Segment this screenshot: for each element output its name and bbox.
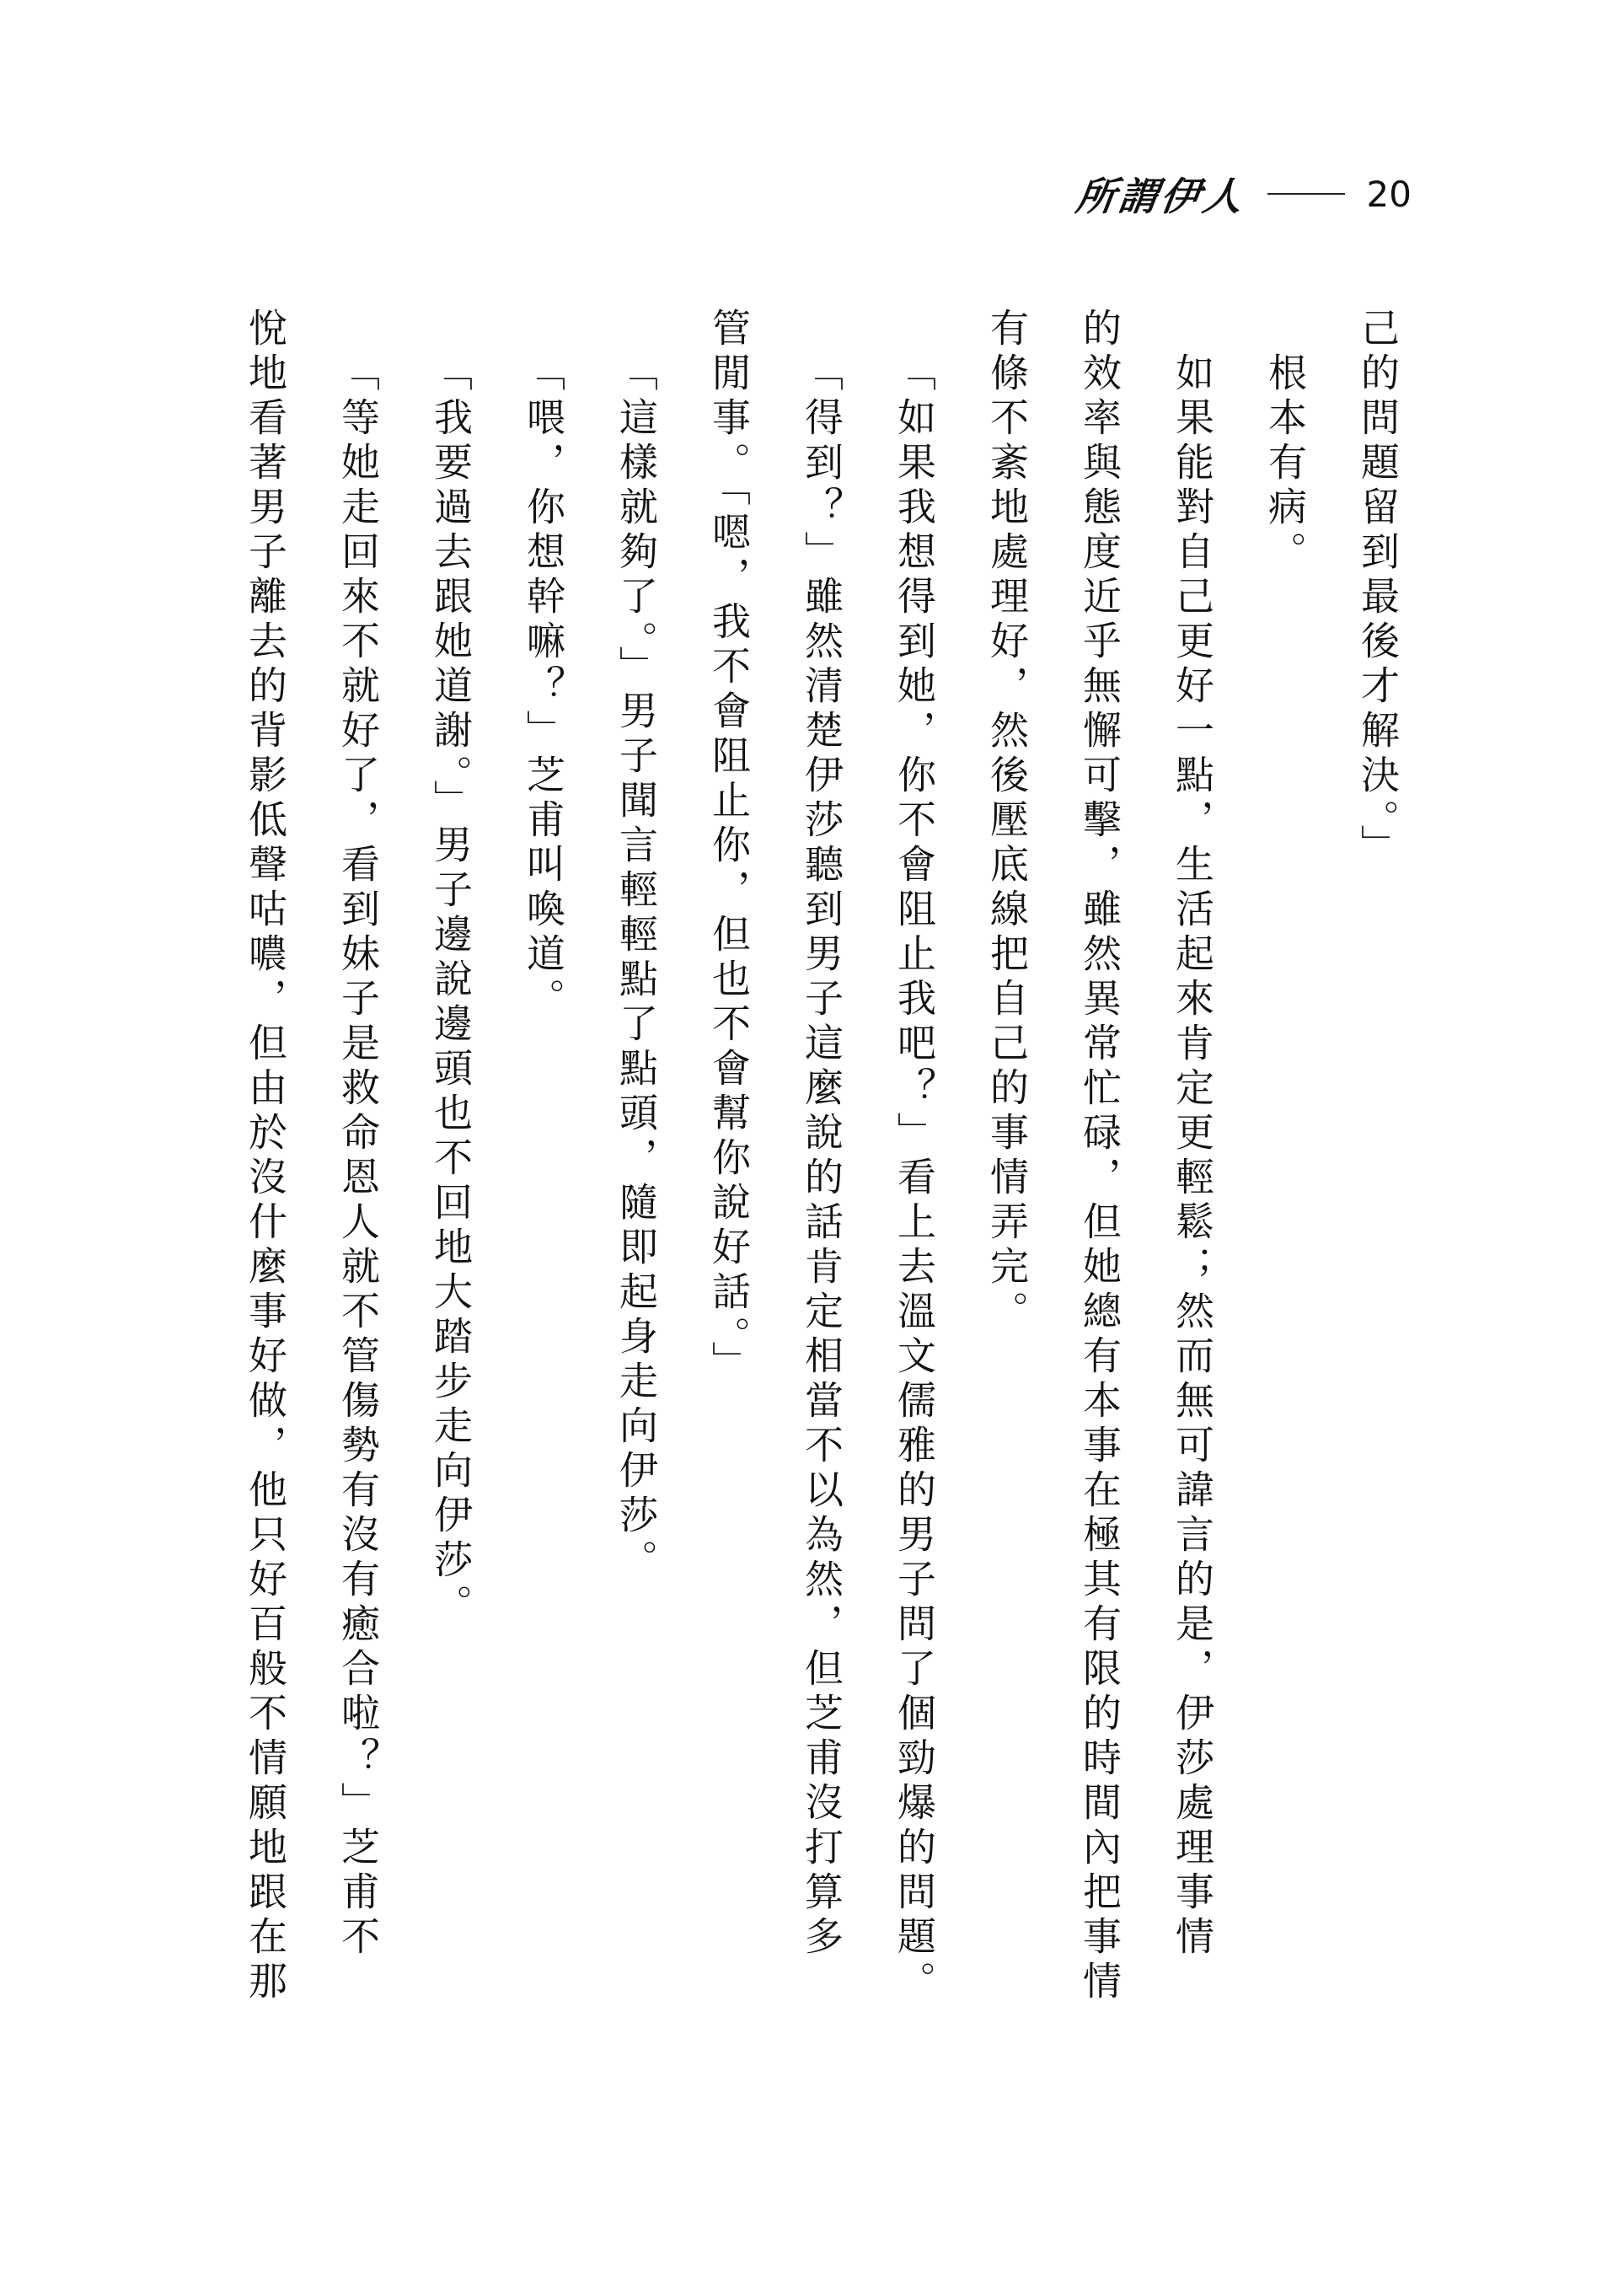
text-column-12: 「等她走回來不就好了，看到妹子是救命恩人就不管傷勢有沒有癒合啦？」芝甫不 [333, 352, 383, 1961]
text-column-5: 有條不紊地處理好，然後壓底線把自己的事情弄完。 [982, 308, 1032, 1335]
text-column-11: 「我要過去跟她道謝。」男子邊說邊頭也不回地大踏步走向伊莎。 [426, 352, 476, 1628]
text-column-7: 「得到？」雖然清楚伊莎聽到男子這麼說的話肯定相當不以為然，但芝甫沒打算多 [796, 352, 847, 1961]
text-column-4: 的效率與態度近乎無懈可擊，雖然異常忙碌，但她總有本事在極其有限的時間內把事情 [1074, 308, 1125, 2005]
text-column-3: 如果能對自己更好一點，生活起來肯定更輕鬆；然而無可諱言的是，伊莎處理事情 [1167, 352, 1218, 1961]
text-column-9: 「這樣就夠了。」男子聞言輕輕點了點頭，隨即起身走向伊莎。 [611, 352, 662, 1584]
text-column-2: 根本有病。 [1260, 352, 1310, 576]
text-column-8: 管閒事。「嗯，我不會阻止你，但也不會幫你說好話。」 [704, 308, 754, 1386]
text-column-10: 「喂，你想幹嘛？」芝甫叫喚道。 [518, 352, 569, 1022]
body-text: 己的問題留到最後才解決。」 根本有病。 如果能對自己更好一點，生活起來肯定更輕鬆… [0, 0, 1618, 2296]
text-column-1: 己的問題留到最後才解決。」 [1353, 308, 1403, 869]
text-column-6: 「如果我想得到她，你不會阻止我吧？」看上去溫文儒雅的男子問了個勁爆的問題。 [889, 352, 940, 2005]
text-column-13: 悅地看著男子離去的背影低聲咕噥，但由於沒什麼事好做，他只好百般不情願地跟在那 [240, 308, 291, 2005]
